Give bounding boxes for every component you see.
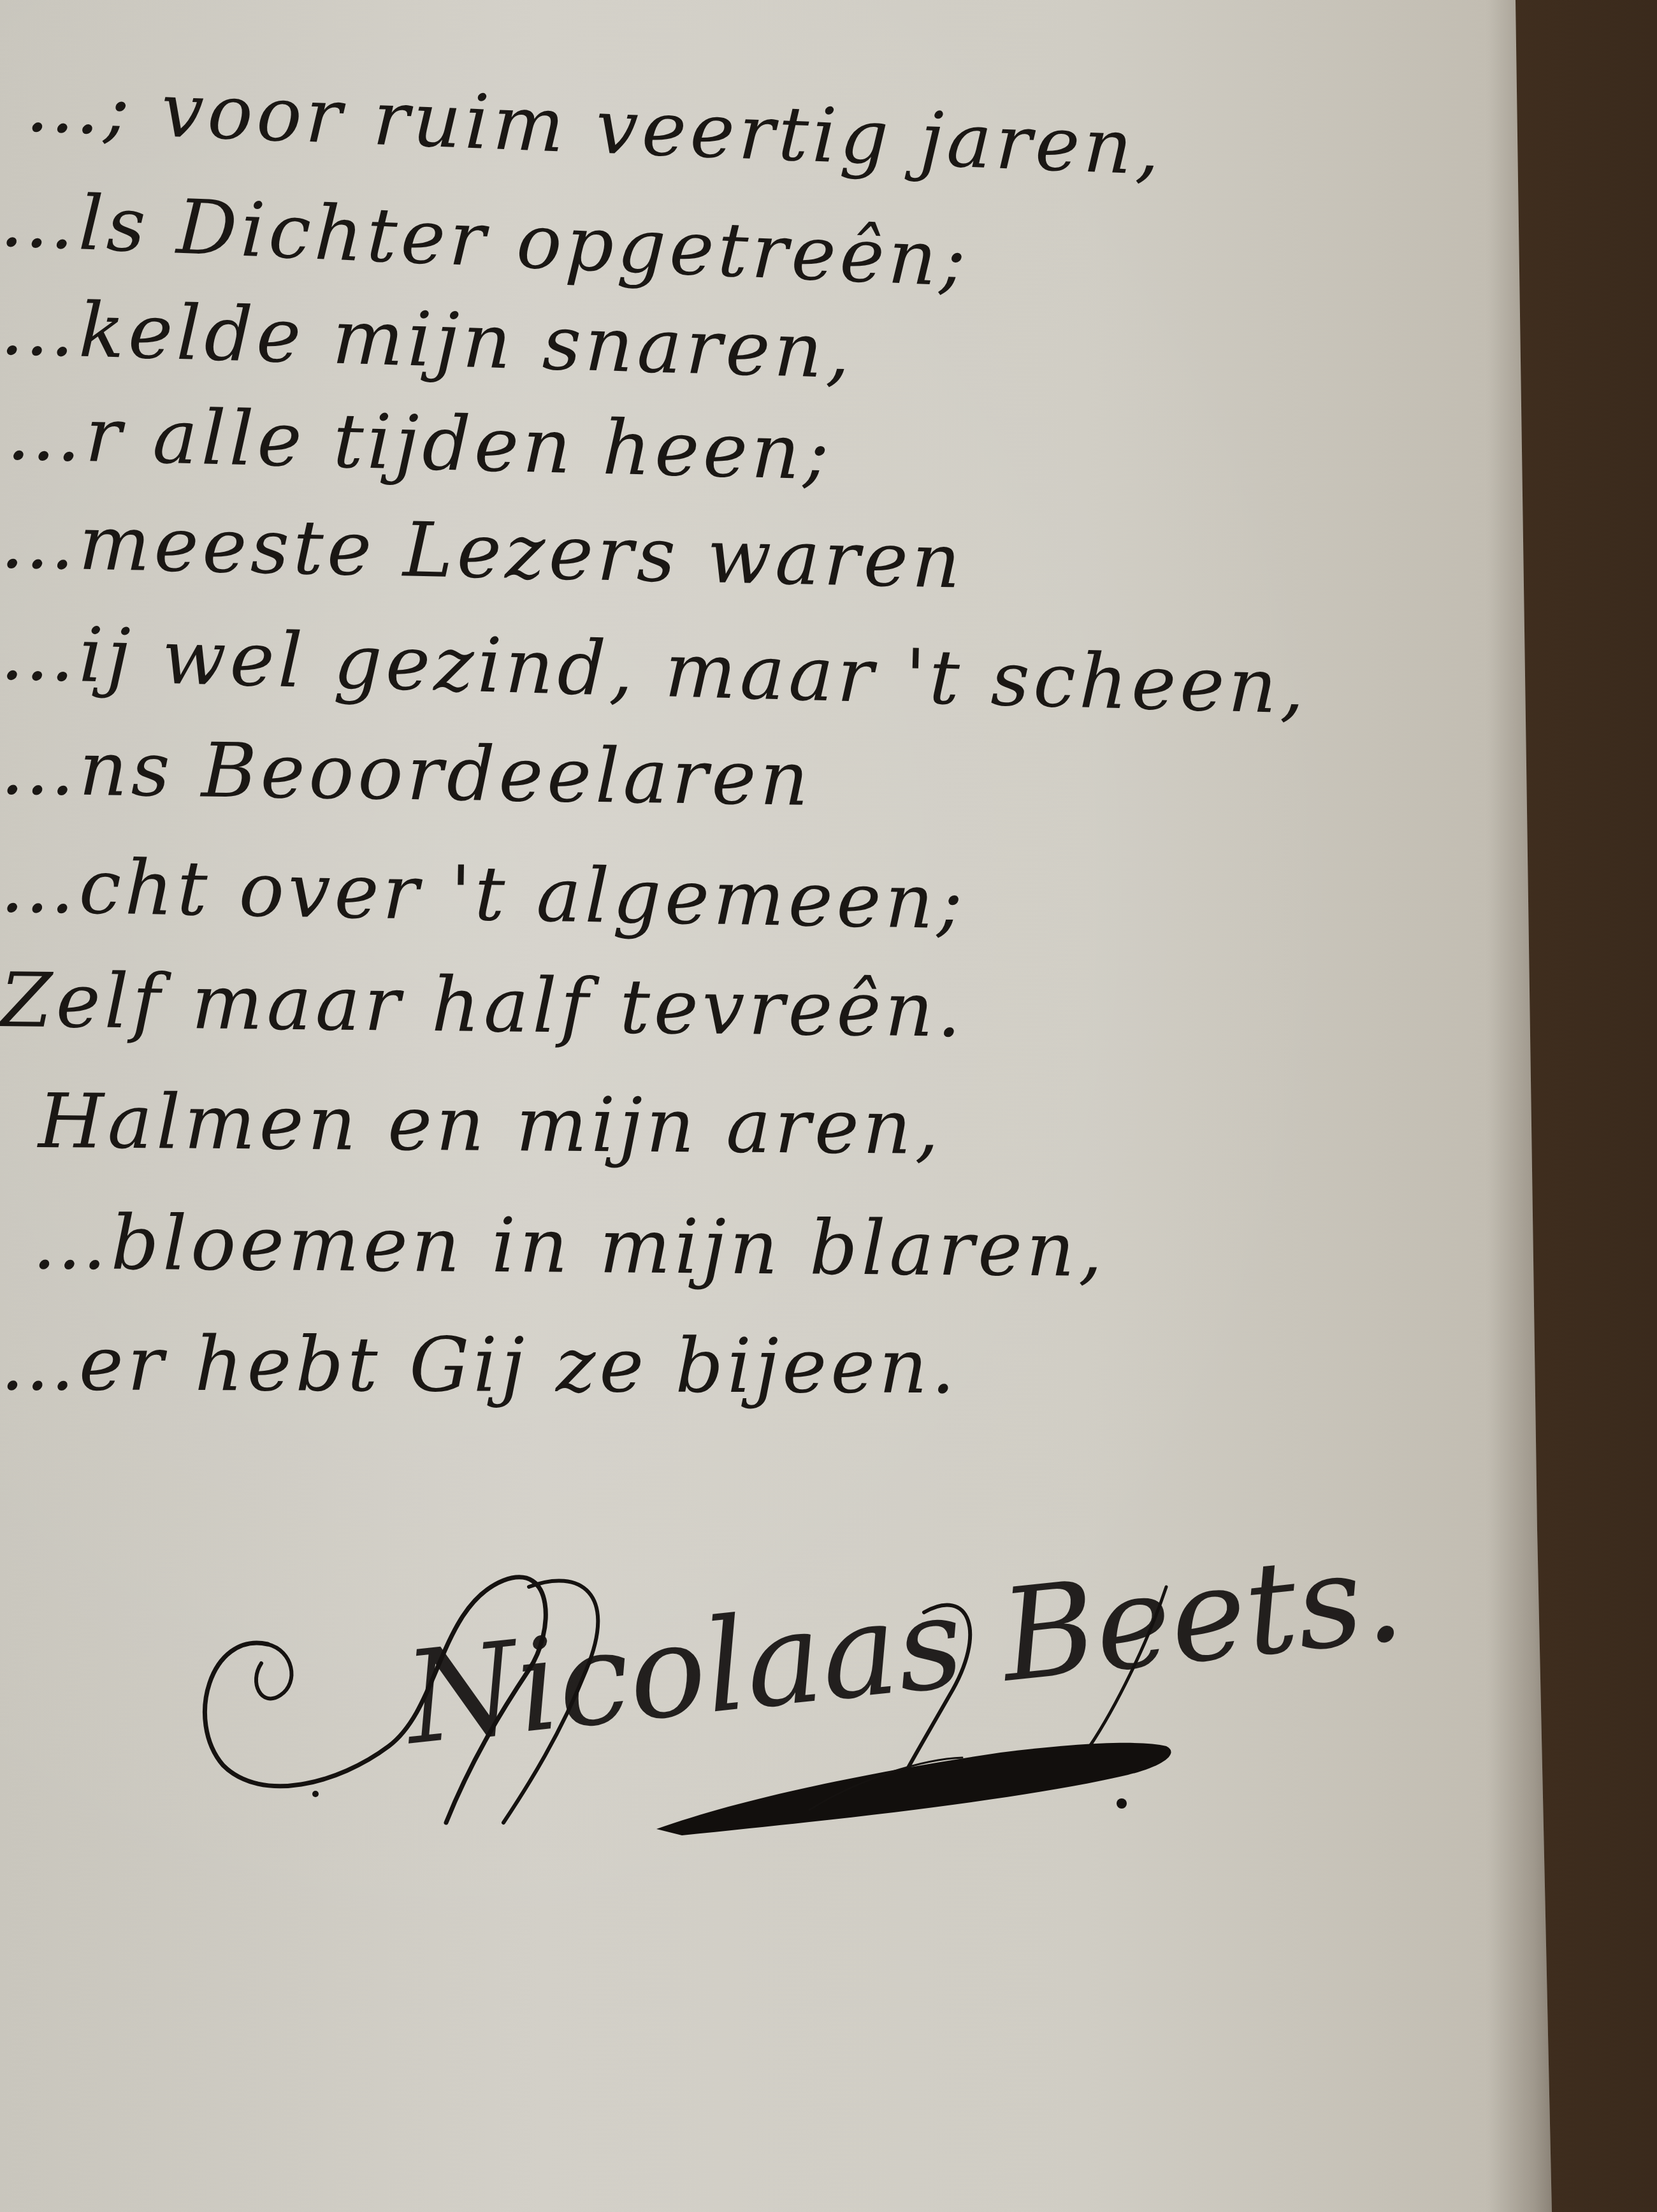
poem-line: …ls Dichter opgetreên; xyxy=(0,175,971,304)
poem-line: Halmen en mijn aren, xyxy=(38,1077,943,1171)
handwritten-poem: …; voor ruim veertig jaren, …ls Dichter … xyxy=(0,0,1517,1466)
poem-line: …r alle tijden heen; xyxy=(5,389,834,497)
poem-line: …er hebt Gij ze bijeen. xyxy=(0,1319,959,1410)
author-signature: Nicolaas Beets. xyxy=(172,1555,1351,1848)
poem-line: …kelde mijn snaren, xyxy=(0,284,855,395)
poem-line: Zelf maar half tevreên. xyxy=(0,956,966,1054)
poem-line: …ij wel gezind, maar 't scheen, xyxy=(0,609,1310,731)
poem-line: …bloemen in mijn blaren, xyxy=(32,1198,1107,1294)
poem-line: …; voor ruim veertig jaren, xyxy=(24,61,1165,192)
poem-line: …ns Beoordeelaren xyxy=(0,723,813,823)
book-page: …; voor ruim veertig jaren, …ls Dichter … xyxy=(0,0,1552,2212)
poem-line: …cht over 't algemeen; xyxy=(0,841,967,946)
poem-line: …meeste Lezers waren xyxy=(0,497,965,605)
